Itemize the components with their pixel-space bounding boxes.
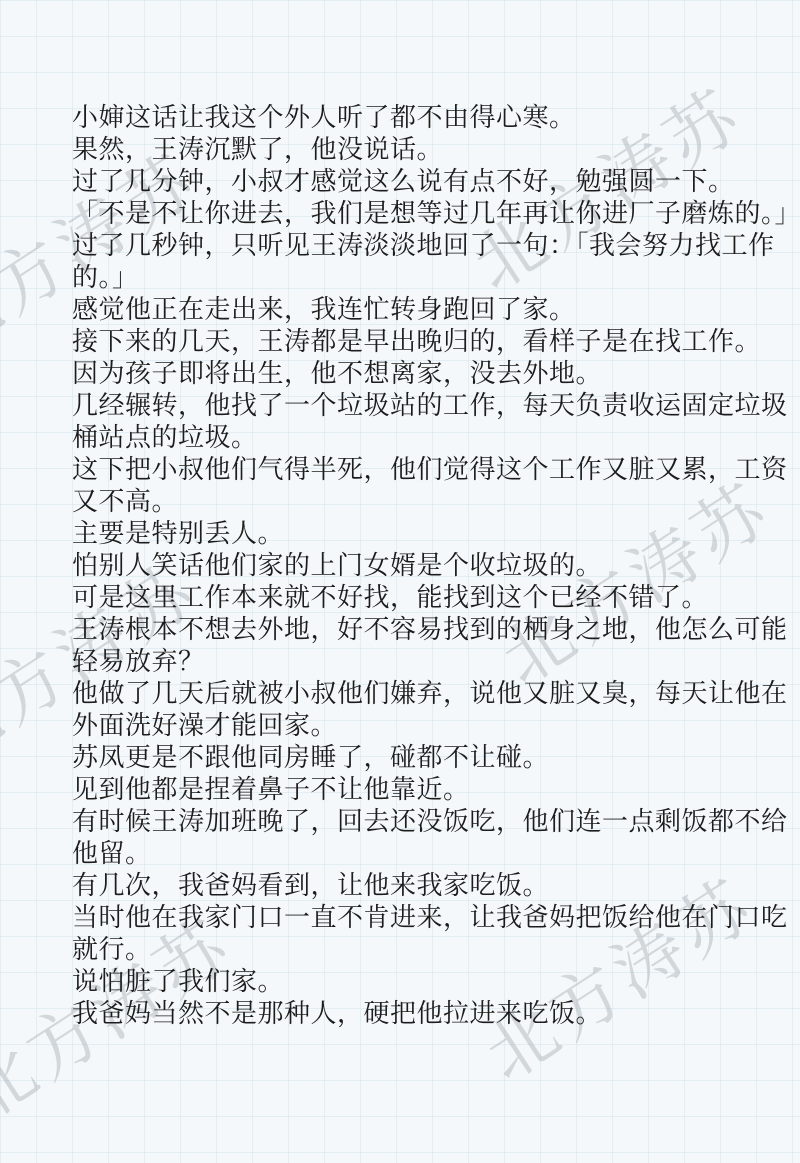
text-line: 接下来的几天，王涛都是早出晚归的，看样子是在找工作。 xyxy=(72,326,784,358)
text-line: 王涛根本不想去外地，好不容易找到的栖身之地，他怎么可能 xyxy=(72,614,784,646)
text-line: 过了几分钟，小叔才感觉这么说有点不好，勉强圆一下。 xyxy=(72,166,784,198)
text-line: 有时候王涛加班晚了，回去还没饭吃，他们连一点剩饭都不给 xyxy=(72,806,784,838)
text-line: 小婶这话让我这个外人听了都不由得心寒。 xyxy=(72,102,784,134)
text-line: 几经辗转，他找了一个垃圾站的工作，每天负责收运固定垃圾 xyxy=(72,390,784,422)
text-line: 果然，王涛沉默了，他没说话。 xyxy=(72,134,784,166)
text-line: 他留。 xyxy=(72,838,784,870)
text-line: 又不高。 xyxy=(72,486,784,518)
text-line: 见到他都是捏着鼻子不让他靠近。 xyxy=(72,774,784,806)
text-line: 有几次，我爸妈看到，让他来我家吃饭。 xyxy=(72,870,784,902)
text-line: 轻易放弃？ xyxy=(72,646,784,678)
text-line: 苏凤更是不跟他同房睡了，碰都不让碰。 xyxy=(72,742,784,774)
text-line: 外面洗好澡才能回家。 xyxy=(72,710,784,742)
text-line: 的。」 xyxy=(72,262,784,294)
text-line: 说怕脏了我们家。 xyxy=(72,966,784,998)
text-line: 当时他在我家门口一直不肯进来，让我爸妈把饭给他在门口吃 xyxy=(72,902,784,934)
text-line: 过了几秒钟，只听见王涛淡淡地回了一句：「我会努力找工作 xyxy=(72,230,784,262)
text-line: 怕别人笑话他们家的上门女婿是个收垃圾的。 xyxy=(72,550,784,582)
text-line: 可是这里工作本来就不好找，能找到这个已经不错了。 xyxy=(72,582,784,614)
document-page: 北方涛苏北方涛苏北方涛苏北方涛苏北方涛苏北方涛苏 小婶这话让我这个外人听了都不由… xyxy=(0,0,800,1163)
text-line: 感觉他正在走出来，我连忙转身跑回了家。 xyxy=(72,294,784,326)
text-line: 因为孩子即将出生，他不想离家，没去外地。 xyxy=(72,358,784,390)
text-line: 就行。 xyxy=(72,934,784,966)
page-text: 小婶这话让我这个外人听了都不由得心寒。果然，王涛沉默了，他没说话。过了几分钟，小… xyxy=(72,102,784,1030)
text-line: 「不是不让你进去，我们是想等过几年再让你进厂子磨炼的。」 xyxy=(72,198,784,230)
text-line: 我爸妈当然不是那种人，硬把他拉进来吃饭。 xyxy=(72,998,784,1030)
text-line: 这下把小叔他们气得半死，他们觉得这个工作又脏又累，工资 xyxy=(72,454,784,486)
text-line: 桶站点的垃圾。 xyxy=(72,422,784,454)
text-line: 他做了几天后就被小叔他们嫌弃，说他又脏又臭，每天让他在 xyxy=(72,678,784,710)
text-line: 主要是特别丢人。 xyxy=(72,518,784,550)
